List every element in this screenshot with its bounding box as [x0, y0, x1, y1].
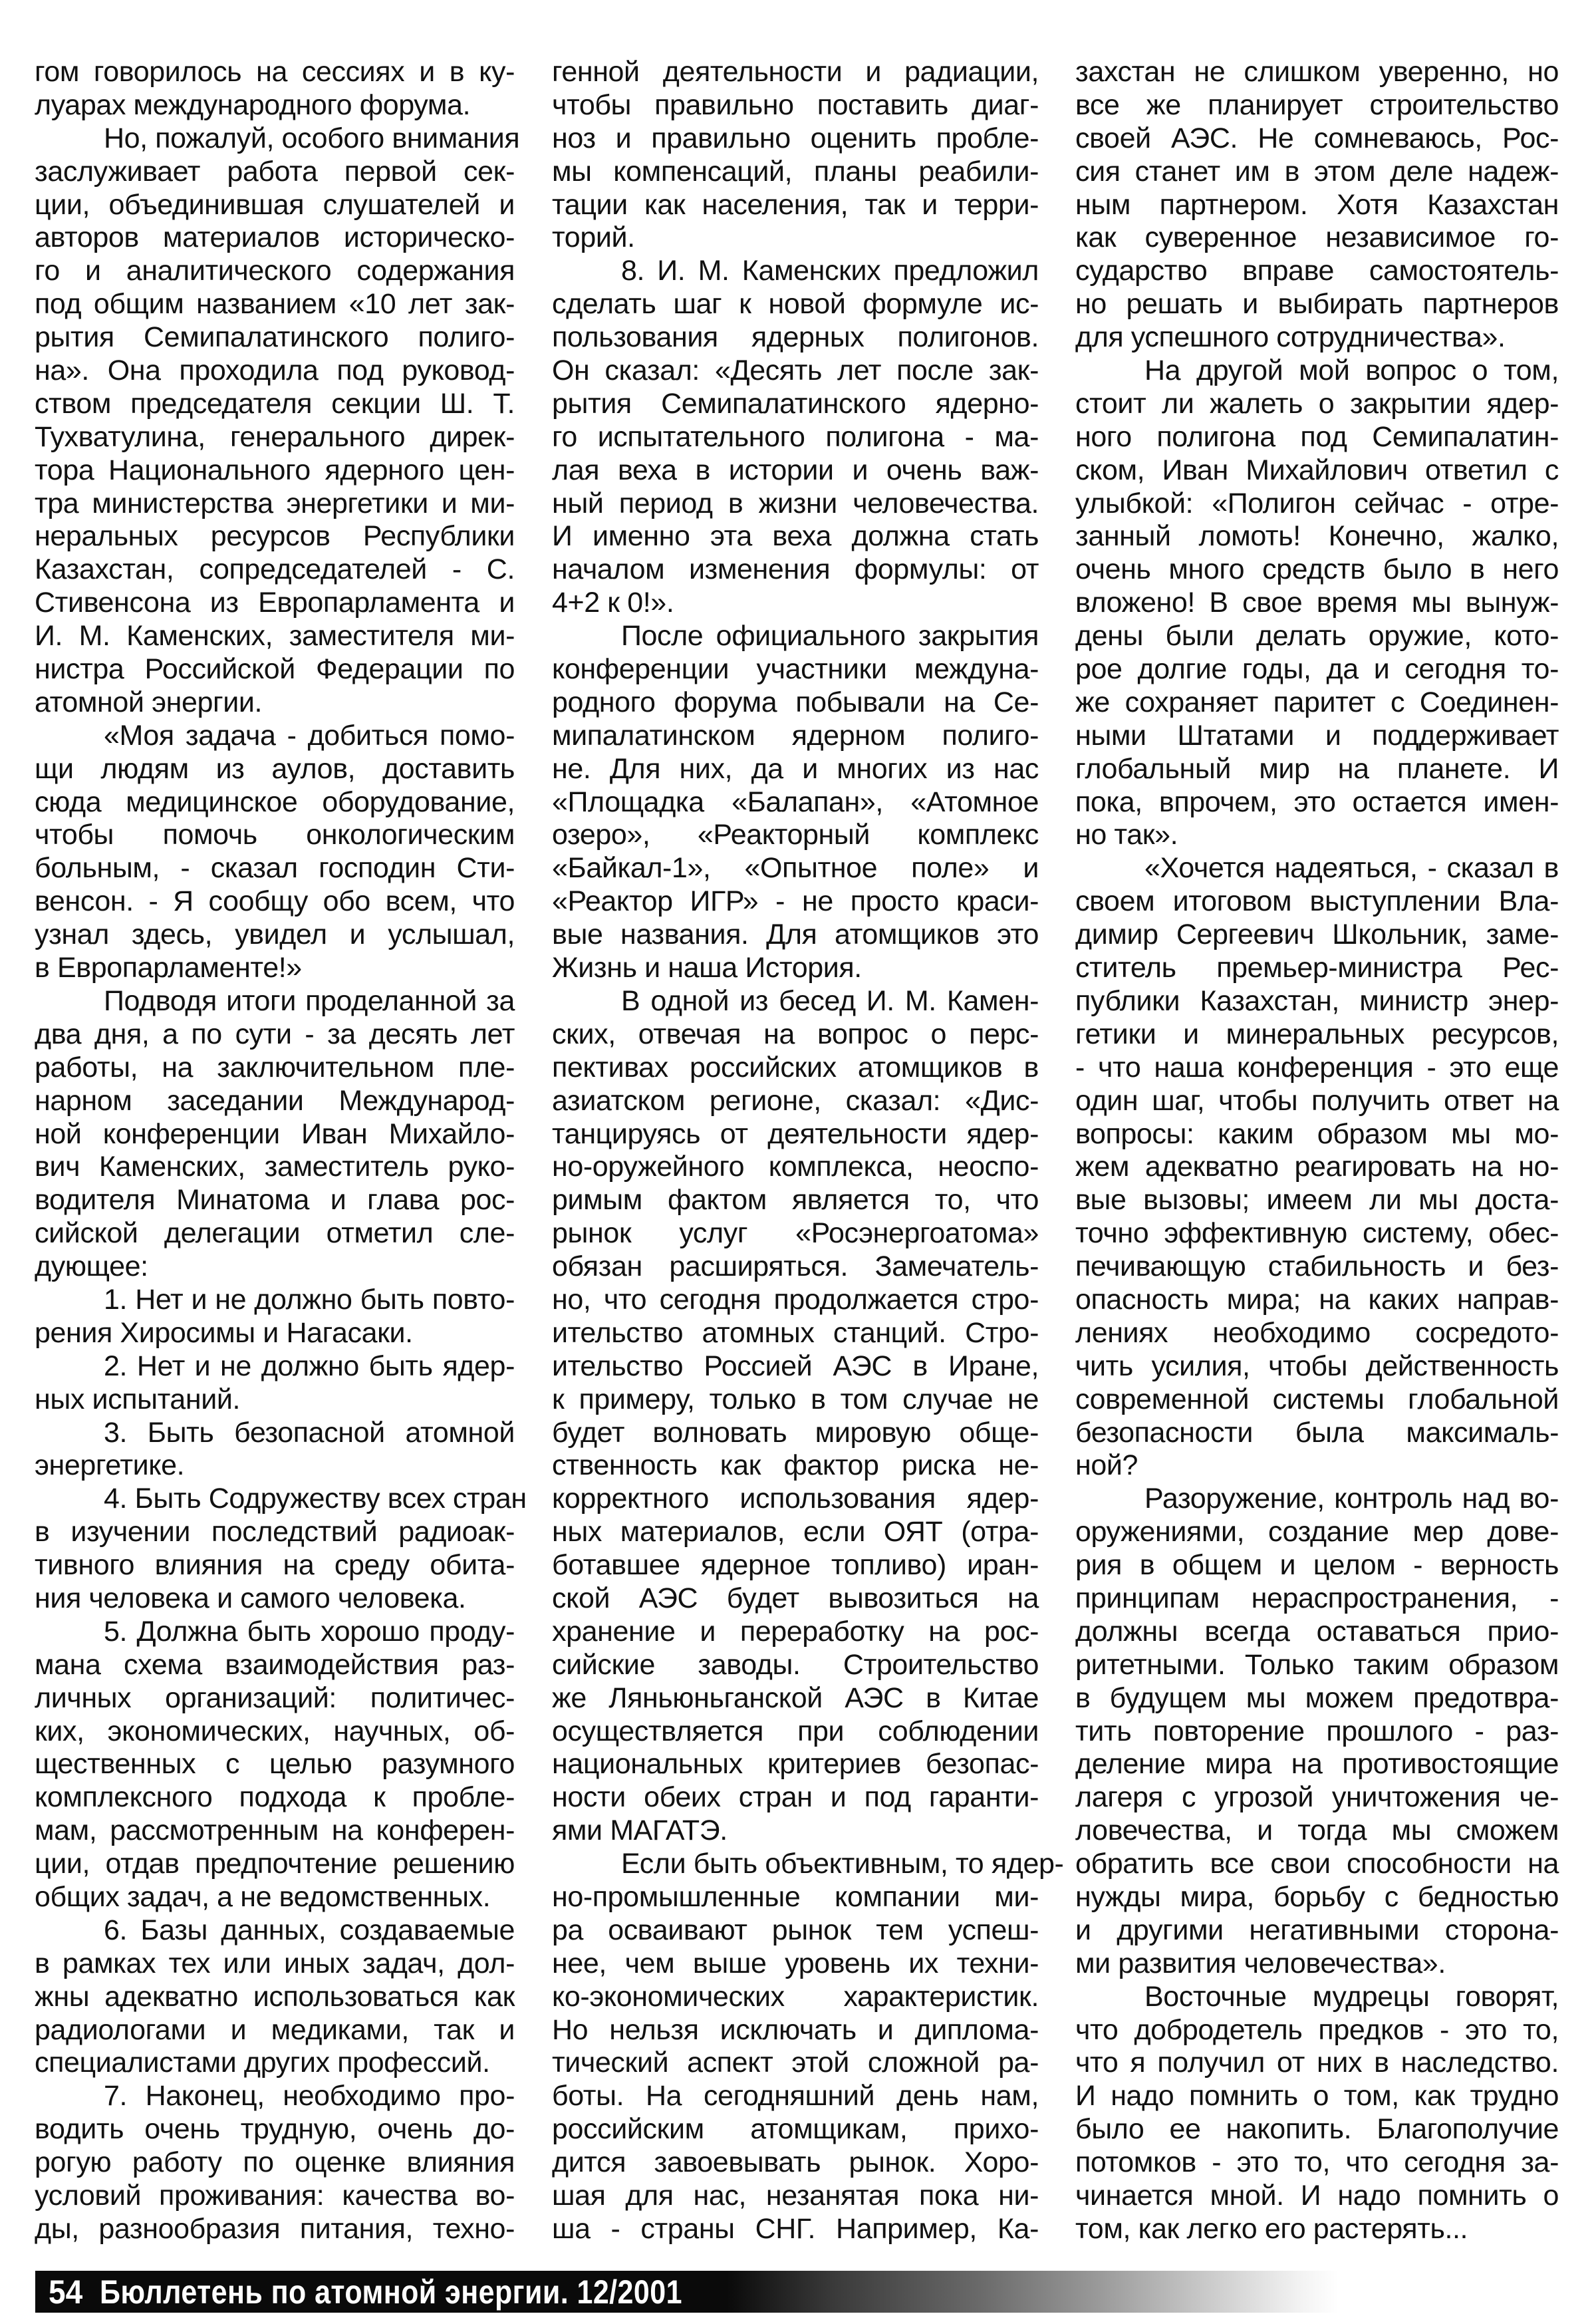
text-line: к примеру, только в том случае не	[552, 1383, 1039, 1417]
text-line: Но нельзя исключать и диплома-	[552, 2014, 1039, 2047]
text-line: но-промышленные компании ми-	[552, 1881, 1039, 1914]
text-line: водить очень трудную, очень до-	[35, 2113, 515, 2146]
text-line: сийские заводы. Строительство	[552, 1649, 1039, 1682]
text-line: 6. Базы данных, создаваемые	[35, 1914, 515, 1948]
text-line: Тухватулина, генерального дирек-	[35, 421, 515, 454]
text-line: авторов материалов историческо-	[35, 221, 515, 255]
text-line: чтобы помочь онкологическим	[35, 819, 515, 852]
text-line: пользования ядерных полигонов.	[552, 321, 1039, 355]
text-line: мипалатинском ядерном полиго-	[552, 720, 1039, 753]
text-line: будет волновать мировую обще-	[552, 1417, 1039, 1450]
text-line: тора Национального ядерного цен-	[35, 454, 515, 488]
text-line: 2. Нет и не должно быть ядер-	[35, 1350, 515, 1383]
text-line: ния человека и самого человека.	[35, 1582, 515, 1616]
text-line: лая веха в истории и очень важ-	[552, 454, 1039, 488]
text-line: дующее:	[35, 1250, 515, 1284]
text-line: неральных ресурсов Республики	[35, 520, 515, 553]
text-line: Он сказал: «Десять лет после зак-	[552, 355, 1039, 388]
text-line: чтобы правильно поставить диаг-	[552, 89, 1039, 122]
text-line: венсон. - Я сообщу обо всем, что	[35, 885, 515, 919]
text-line: ноз и правильно оценить пробле-	[552, 122, 1039, 156]
text-line: занный ломоть! Конечно, жалко,	[1075, 520, 1559, 553]
text-column-1: гом говорилось на сессиях и в ку-луарах …	[35, 56, 515, 2246]
text-line: потомков - это то, что сегодня за-	[1075, 2146, 1559, 2180]
text-line: Восточные мудрецы говорят,	[1075, 1981, 1559, 2014]
text-line: танцируясь от деятельности ядер-	[552, 1118, 1039, 1151]
text-line: оружениями, создание мер дове-	[1075, 1516, 1559, 1549]
text-line: тра министерства энергетики и ми-	[35, 488, 515, 521]
text-line: ститель премьер-министра Рес-	[1075, 952, 1559, 985]
text-line: нарном заседании Международ-	[35, 1085, 515, 1118]
text-line: ным партнером. Хотя Казахстан	[1075, 189, 1559, 222]
text-line: личных организаций: политичес-	[35, 1682, 515, 1715]
text-line: как суверенное независимое го-	[1075, 221, 1559, 255]
text-line: радиологами и медиками, так и	[35, 2014, 515, 2047]
text-line: рытия Семипалатинского ядерно-	[552, 388, 1039, 421]
text-line: И именно эта веха должна стать	[552, 520, 1039, 553]
text-line: ного полигона под Семипалатин-	[1075, 421, 1559, 454]
text-line: хранение и переработку на рос-	[552, 1616, 1039, 1649]
text-line: сделать шаг к новой формуле ис-	[552, 288, 1039, 321]
text-line: 1. Нет и не должно быть повто-	[35, 1284, 515, 1317]
text-line: «Площадка «Балапан», «Атомное	[552, 786, 1039, 819]
text-line: же сохраняет паритет с Соединен-	[1075, 686, 1559, 720]
text-line: улыбкой: «Полигон сейчас - отре-	[1075, 488, 1559, 521]
text-line: сюда медицинское оборудование,	[35, 786, 515, 819]
text-line: В одной из бесед И. М. Камен-	[552, 985, 1039, 1018]
text-line: торий.	[552, 221, 1039, 255]
text-line: гетики и минеральных ресурсов,	[1075, 1018, 1559, 1052]
text-line: публики Казахстан, министр энер-	[1075, 985, 1559, 1018]
text-line: мам, рассмотренным на конферен-	[35, 1814, 515, 1848]
text-line: щи людям из аулов, доставить	[35, 753, 515, 786]
text-line: что добродетель предков - это то,	[1075, 2014, 1559, 2047]
text-line: конференции участники междуна-	[552, 653, 1039, 686]
text-line: должны всегда оставаться прио-	[1075, 1616, 1559, 1649]
text-line: вые названия. Для атомщиков это	[552, 919, 1039, 952]
text-line: генной деятельности и радиации,	[552, 56, 1039, 89]
page-number: 54	[49, 2273, 82, 2311]
text-line: стоит ли жалеть о закрытии ядер-	[1075, 388, 1559, 421]
magazine-page: гом говорилось на сессиях и в ку-луарах …	[0, 0, 1596, 2314]
text-line: было ее накопить. Благополучие	[1075, 2113, 1559, 2146]
text-line: общих задач, а не ведомственных.	[35, 1881, 515, 1914]
text-line: димир Сергеевич Школьник, заме-	[1075, 919, 1559, 952]
text-line: ных материалов, если ОЯТ (отра-	[552, 1516, 1039, 1549]
text-line: ительство атомных станций. Стро-	[552, 1317, 1039, 1350]
text-line: тации как населения, так и терри-	[552, 189, 1039, 222]
text-line: «Хочется надеяться, - сказал в	[1075, 852, 1559, 885]
text-line: лениях необходимо сосредото-	[1075, 1317, 1559, 1350]
text-line: ском, Иван Михайлович ответил с	[1075, 454, 1559, 488]
text-line: своем итоговом выступлении Вла-	[1075, 885, 1559, 919]
text-line: глобальный мир на планете. И	[1075, 753, 1559, 786]
text-line: ра осваивают рынок тем успеш-	[552, 1914, 1039, 1948]
text-line: но решать и выбирать партнеров	[1075, 288, 1559, 321]
text-line: «Моя задача - добиться помо-	[35, 720, 515, 753]
text-line: рынок услуг «Росэнергоатома»	[552, 1217, 1039, 1250]
text-line: ловечества, и тогда мы сможем	[1075, 1814, 1559, 1848]
text-line: точно эффективную систему, обес-	[1075, 1217, 1559, 1250]
text-line: ко-экономических характеристик.	[552, 1981, 1039, 2014]
text-line: ды, разнообразия питания, техно-	[35, 2213, 515, 2246]
text-line: азиатском регионе, сказал: «Дис-	[552, 1085, 1039, 1118]
text-line: комплексного подхода к пробле-	[35, 1781, 515, 1814]
text-line: ции, объединившая слушателей и	[35, 189, 515, 222]
text-line: родного форума побывали на Се-	[552, 686, 1039, 720]
text-line: водителя Минатома и глава рос-	[35, 1184, 515, 1217]
text-line: 5. Должна быть хорошо проду-	[35, 1616, 515, 1649]
publication-title: Бюллетень по атомной энергии. 12/2001	[100, 2273, 682, 2311]
text-line: жем адекватно реагировать на но-	[1075, 1151, 1559, 1184]
text-line: принципам нераспространения, -	[1075, 1582, 1559, 1616]
text-line: тить повторение прошлого - раз-	[1075, 1715, 1559, 1749]
text-line: нее, чем выше уровень их техни-	[552, 1948, 1039, 1981]
text-line: На другой мой вопрос о том,	[1075, 355, 1559, 388]
text-line: обязан расширяться. Замечатель-	[552, 1250, 1039, 1284]
text-line: рое долгие годы, да и сегодня то-	[1075, 653, 1559, 686]
text-line: тический аспект этой сложной ра-	[552, 2047, 1039, 2080]
text-line: Стивенсона из Европарламента и	[35, 587, 515, 620]
text-line: ственность как фактор риска не-	[552, 1449, 1039, 1483]
text-line: в изучении последствий радиоак-	[35, 1516, 515, 1549]
text-line: вые вызовы; имеем ли мы доста-	[1075, 1184, 1559, 1217]
text-line: же Ляньюньганской АЭС в Китае	[552, 1682, 1039, 1715]
text-line: вопросы: каким образом мы мо-	[1075, 1118, 1559, 1151]
text-line: сударство вправе самостоятель-	[1075, 255, 1559, 288]
text-line: и другими негативными сторона-	[1075, 1914, 1559, 1948]
text-line: печивающую стабильность и без-	[1075, 1250, 1559, 1284]
text-line: И надо помнить о том, как трудно	[1075, 2080, 1559, 2113]
text-line: больным, - сказал господин Сти-	[35, 852, 515, 885]
text-line: дится завоевывать рынок. Хоро-	[552, 2146, 1039, 2180]
text-line: в будущем мы можем предотвра-	[1075, 1682, 1559, 1715]
text-line: И. М. Каменских, заместителя ми-	[35, 620, 515, 653]
text-line: ских, отвечая на вопрос о перс-	[552, 1018, 1039, 1052]
text-line: чинается мной. И надо помнить о	[1075, 2180, 1559, 2213]
text-line: очень много средств было в него	[1075, 553, 1559, 587]
text-line: вложено! В свое время мы вынуж-	[1075, 587, 1559, 620]
text-line: том, как легко его растерять...	[1075, 2213, 1559, 2246]
text-line: гом говорилось на сессиях и в ку-	[35, 56, 515, 89]
text-line: рия в общем и целом - верность	[1075, 1549, 1559, 1582]
text-line: ительство Россией АЭС в Иране,	[552, 1350, 1039, 1383]
text-line: боты. На сегодняшний день нам,	[552, 2080, 1039, 2113]
text-line: нужды мира, борьбу с бедностью	[1075, 1881, 1559, 1914]
text-line: го и аналитического содержания	[35, 255, 515, 288]
text-line: осуществляется при соблюдении	[552, 1715, 1039, 1749]
text-line: современной системы глобальной	[1075, 1383, 1559, 1417]
text-line: работы, на заключительном пле-	[35, 1052, 515, 1085]
text-line: Жизнь и наша История.	[552, 952, 1039, 985]
text-line: один шаг, чтобы получить ответ на	[1075, 1085, 1559, 1118]
text-line: ный период в жизни человечества.	[552, 488, 1039, 521]
text-line: Казахстан, сопредседателей - С.	[35, 553, 515, 587]
text-line: ми развития человечества».	[1075, 1948, 1559, 1981]
text-line: ями МАГАТЭ.	[552, 1814, 1039, 1848]
text-line: захстан не слишком уверенно, но	[1075, 56, 1559, 89]
text-line: но, что сегодня продолжается стро-	[552, 1284, 1039, 1317]
text-line: ботавшее ядерное топливо) иран-	[552, 1549, 1039, 1582]
text-line: атомной энергии.	[35, 686, 515, 720]
text-line: энергетике.	[35, 1449, 515, 1483]
text-line: корректного использования ядер-	[552, 1483, 1039, 1516]
text-line: ции, отдав предпочтение решению	[35, 1848, 515, 1881]
text-line: го испытательного полигона - ма-	[552, 421, 1039, 454]
text-line: ной конференции Иван Михайло-	[35, 1118, 515, 1151]
text-line: национальных критериев безопас-	[552, 1748, 1039, 1781]
text-line: нистра Российской Федерации по	[35, 653, 515, 686]
text-line: сийской делегации отметил сле-	[35, 1217, 515, 1250]
text-line: вич Каменских, заместитель руко-	[35, 1151, 515, 1184]
text-line: на». Она проходила под руковод-	[35, 355, 515, 388]
text-line: После официального закрытия	[552, 620, 1039, 653]
text-line: своей АЭС. Не сомневаюсь, Рос-	[1075, 122, 1559, 156]
text-line: узнал здесь, увидел и услышал,	[35, 919, 515, 952]
text-line: щественных с целью разумного	[35, 1748, 515, 1781]
text-line: не. Для них, да и многих из нас	[552, 753, 1039, 786]
text-line: ной?	[1075, 1449, 1559, 1483]
text-line: рогую работу по оценке влияния	[35, 2146, 515, 2180]
text-line: римым фактом является то, что	[552, 1184, 1039, 1217]
text-line: 7. Наконец, необходимо про-	[35, 2080, 515, 2113]
text-line: специалистами других профессий.	[35, 2047, 515, 2080]
text-line: Если быть объективным, то ядер-	[552, 1848, 1039, 1881]
text-line: условий проживания: качества во-	[35, 2180, 515, 2213]
text-line: но так».	[1075, 819, 1559, 852]
text-line: рения Хиросимы и Нагасаки.	[35, 1317, 515, 1350]
text-column-2: генной деятельности и радиации,чтобы пра…	[552, 56, 1039, 2246]
text-line: ша - страны СНГ. Например, Ка-	[552, 2213, 1039, 2246]
text-line: мана схема взаимодействия раз-	[35, 1649, 515, 1682]
text-line: безопасности была максималь-	[1075, 1417, 1559, 1450]
text-line: 4. Быть Содружеству всех стран	[35, 1483, 515, 1516]
text-line: опасность мира; на каких направ-	[1075, 1284, 1559, 1317]
text-line: «Реактор ИГР» - не просто краси-	[552, 885, 1039, 919]
text-line: сия станет им в этом деле надеж-	[1075, 156, 1559, 189]
footer-bar: 54 Бюллетень по атомной энергии. 12/2001	[35, 2271, 1339, 2313]
text-line: 8. И. М. Каменских предложил	[552, 255, 1039, 288]
text-line: ности обеих стран и под гаранти-	[552, 1781, 1039, 1814]
text-line: но-оружейного комплекса, неоспо-	[552, 1151, 1039, 1184]
text-line: под общим названием «10 лет зак-	[35, 288, 515, 321]
text-line: дены были делать оружие, кото-	[1075, 620, 1559, 653]
text-line: обратить все свои способности на	[1075, 1848, 1559, 1881]
text-line: 4+2 к 0!».	[552, 587, 1039, 620]
text-line: ритетными. Только таким образом	[1075, 1649, 1559, 1682]
text-line: пока, впрочем, это остается имен-	[1075, 786, 1559, 819]
text-line: ких, экономических, научных, об-	[35, 1715, 515, 1749]
text-line: жны адекватно использоваться как	[35, 1981, 515, 2014]
text-line: заслуживает работа первой сек-	[35, 156, 515, 189]
text-line: в рамках тех или иных задач, дол-	[35, 1948, 515, 1981]
text-line: мы компенсаций, планы реабили-	[552, 156, 1039, 189]
text-line: пективах российских атомщиков в	[552, 1052, 1039, 1085]
text-line: что я получил от них в наследство.	[1075, 2047, 1559, 2080]
text-line: 3. Быть безопасной атомной	[35, 1417, 515, 1450]
text-line: деление мира на противостоящие	[1075, 1748, 1559, 1781]
text-line: луарах международного форума.	[35, 89, 515, 122]
text-line: ской АЭС будет вывозиться на	[552, 1582, 1039, 1616]
text-line: для успешного сотрудничества».	[1075, 321, 1559, 355]
text-line: тивного влияния на среду обита-	[35, 1549, 515, 1582]
text-line: рытия Семипалатинского полиго-	[35, 321, 515, 355]
text-line: началом изменения формулы: от	[552, 553, 1039, 587]
text-line: ных испытаний.	[35, 1383, 515, 1417]
text-line: шая для нас, незанятая пока ни-	[552, 2180, 1039, 2213]
text-line: «Байкал-1», «Опытное поле» и	[552, 852, 1039, 885]
text-line: в Европарламенте!»	[35, 952, 515, 985]
text-line: ными Штатами и поддерживает	[1075, 720, 1559, 753]
text-line: лагеря с угрозой уничтожения че-	[1075, 1781, 1559, 1814]
text-line: Подводя итоги проделанной за	[35, 985, 515, 1018]
text-line: российским атомщикам, прихо-	[552, 2113, 1039, 2146]
text-column-3: захстан не слишком уверенно, новсе же пл…	[1075, 56, 1559, 2246]
text-line: - что наша конференция - это еще	[1075, 1052, 1559, 1085]
text-line: все же планирует строительство	[1075, 89, 1559, 122]
text-line: ством председателя секции Ш. Т.	[35, 388, 515, 421]
text-line: два дня, а по сути - за десять лет	[35, 1018, 515, 1052]
text-line: озеро», «Реакторный комплекс	[552, 819, 1039, 852]
text-line: Разоружение, контроль над во-	[1075, 1483, 1559, 1516]
text-line: Но, пожалуй, особого внимания	[35, 122, 515, 156]
text-line: чить усилия, чтобы действенность	[1075, 1350, 1559, 1383]
